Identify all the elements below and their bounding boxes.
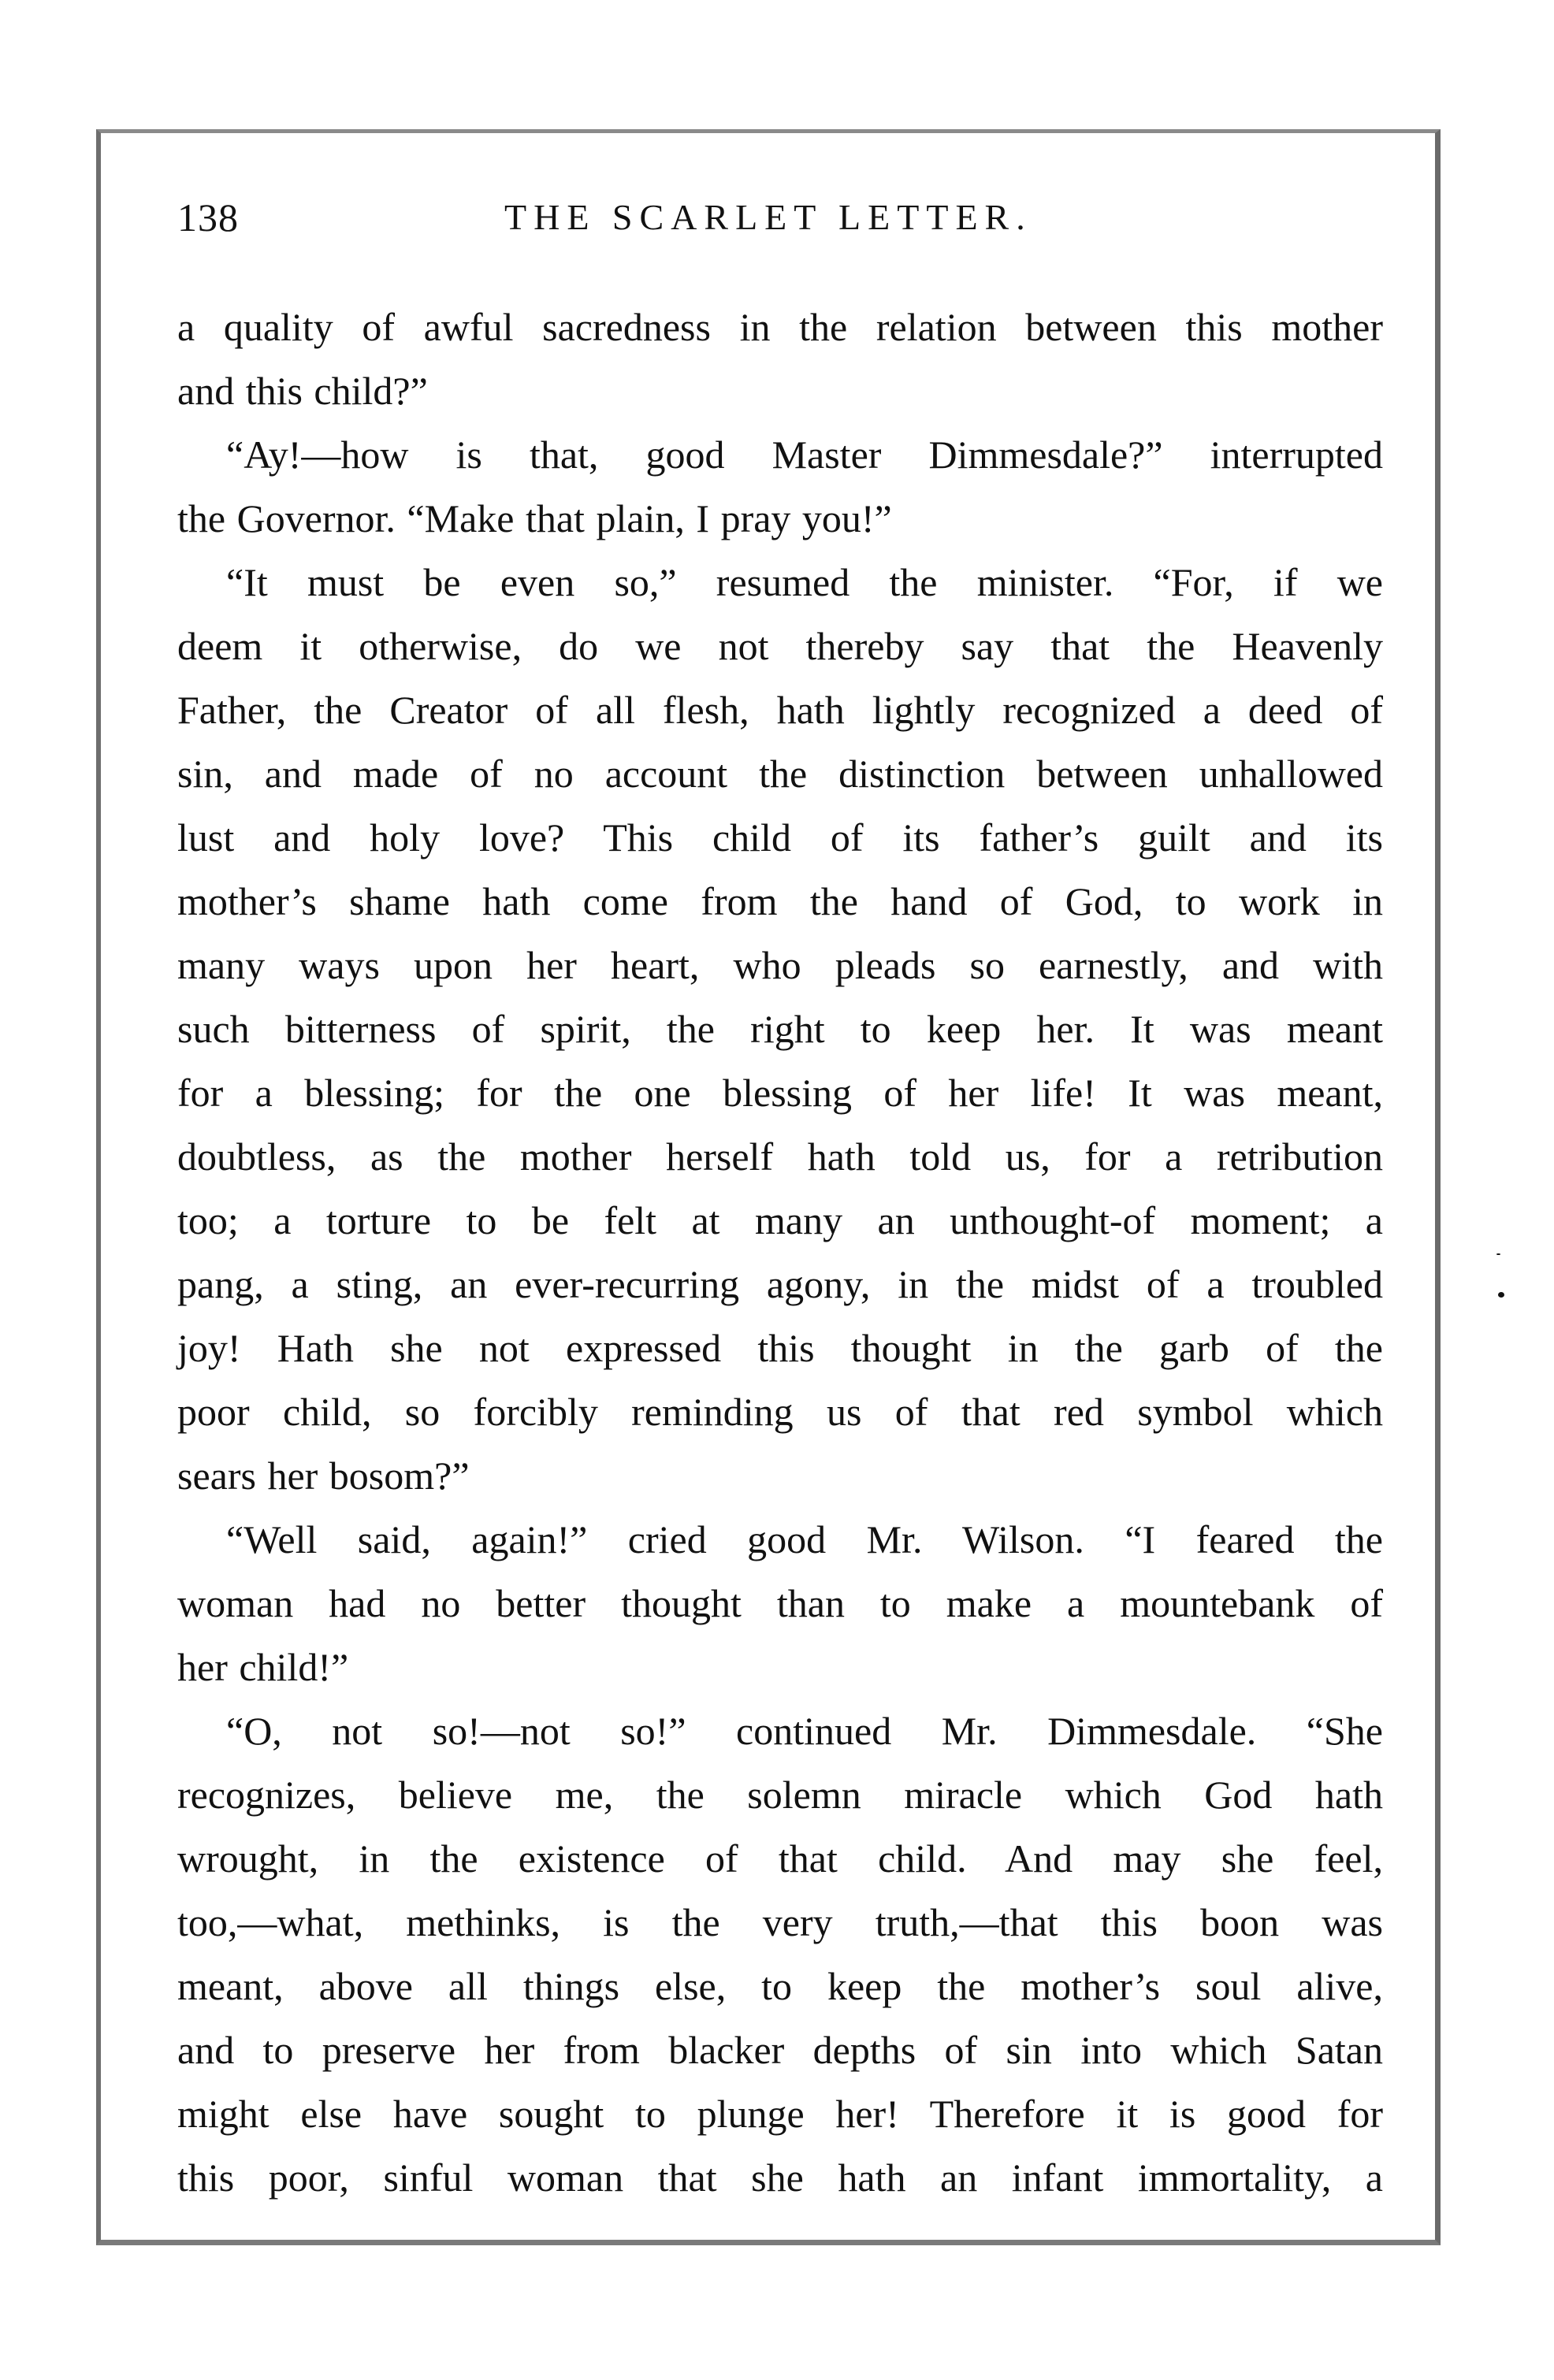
scan-speck xyxy=(1496,1253,1500,1255)
running-title: THE SCARLET LETTER. xyxy=(504,194,1032,241)
text-line: “Well said, again!” cried good Mr. Wilso… xyxy=(177,1508,1383,1572)
page-number: 138 xyxy=(177,194,239,241)
text-line: joy! Hath she not expressed this thought… xyxy=(177,1316,1383,1380)
text-line: might else have sought to plunge her! Th… xyxy=(177,2082,1383,2146)
text-line: poor child, so forcibly reminding us of … xyxy=(177,1380,1383,1444)
scan-speck xyxy=(1498,1292,1504,1298)
text-line: too; a torture to be felt at many an unt… xyxy=(177,1189,1383,1253)
text-line: recognizes, believe me, the solemn mirac… xyxy=(177,1763,1383,1827)
text-line: lust and holy love? This child of its fa… xyxy=(177,806,1383,870)
text-line: sears her bosom?” xyxy=(177,1444,1383,1508)
text-line: this poor, sinful woman that she hath an… xyxy=(177,2146,1383,2210)
text-line: pang, a sting, an ever-recurring agony, … xyxy=(177,1253,1383,1316)
text-line: such bitterness of spirit, the right to … xyxy=(177,997,1383,1061)
running-head: 138 THE SCARLET LETTER. xyxy=(177,194,1383,241)
text-line: “It must be even so,” resumed the minist… xyxy=(177,551,1383,614)
text-line: wrought, in the existence of that child.… xyxy=(177,1827,1383,1891)
text-line: Father, the Creator of all flesh, hath l… xyxy=(177,678,1383,742)
text-line: doubtless, as the mother herself hath to… xyxy=(177,1125,1383,1189)
text-line: meant, above all things else, to keep th… xyxy=(177,1955,1383,2018)
text-line: “Ay!—how is that, good Master Dimmesdale… xyxy=(177,423,1383,487)
text-line: woman had no better thought than to make… xyxy=(177,1572,1383,1636)
text-line: her child!” xyxy=(177,1636,1383,1699)
body-text: a quality of awful sacredness in the rel… xyxy=(177,295,1383,2210)
text-line: and to preserve her from blacker depths … xyxy=(177,2018,1383,2082)
text-line: “O, not so!—not so!” continued Mr. Dimme… xyxy=(177,1699,1383,1763)
text-line: and this child?” xyxy=(177,359,1383,423)
text-line: deem it otherwise, do we not thereby say… xyxy=(177,614,1383,678)
text-line: too,—what, methinks, is the very truth,—… xyxy=(177,1891,1383,1955)
text-line: sin, and made of no account the distinct… xyxy=(177,742,1383,806)
text-line: mother’s shame hath come from the hand o… xyxy=(177,870,1383,934)
text-line: many ways upon her heart, who pleads so … xyxy=(177,934,1383,997)
text-line: for a blessing; for the one blessing of … xyxy=(177,1061,1383,1125)
text-line: the Governor. “Make that plain, I pray y… xyxy=(177,487,1383,551)
text-line: a quality of awful sacredness in the rel… xyxy=(177,295,1383,359)
